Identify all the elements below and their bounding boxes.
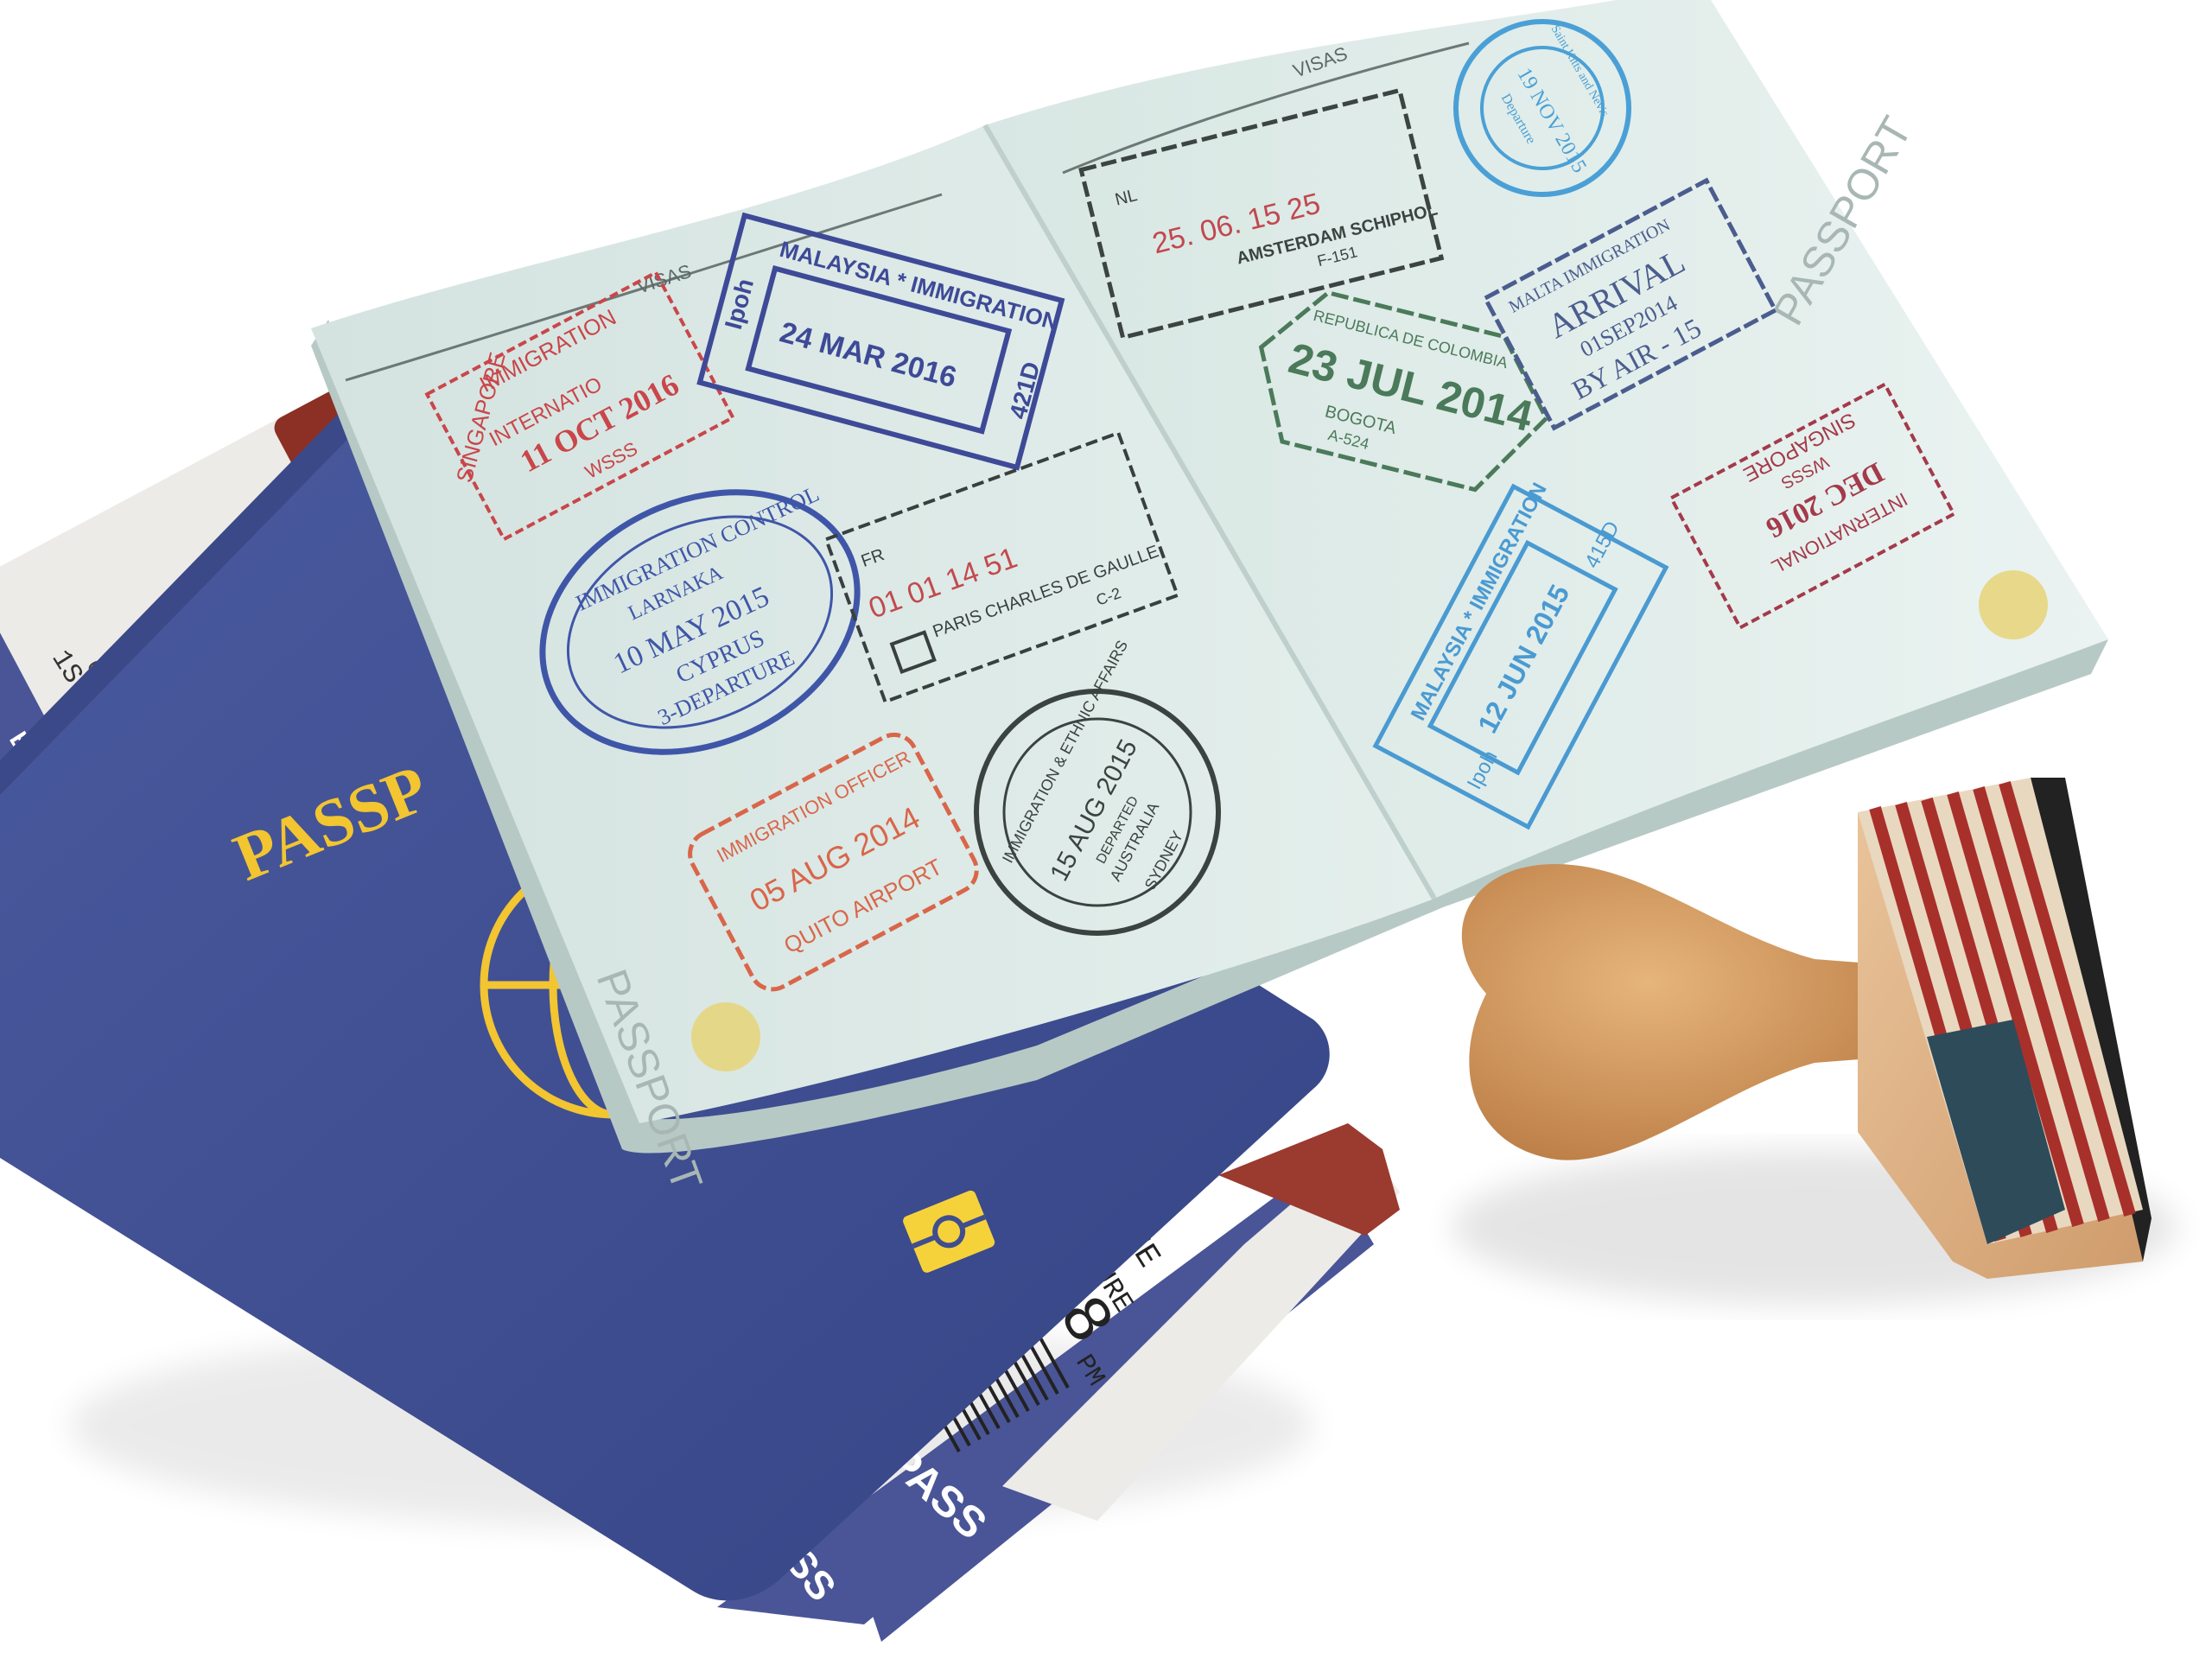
hologram-seal-icon [691,1002,760,1071]
hologram-seal-icon [1979,570,2048,639]
stamp-handle [1462,864,1927,1160]
scene: PASSE NAM FLIGH UA OPTIO 1ST B ME [0,0,2212,1659]
